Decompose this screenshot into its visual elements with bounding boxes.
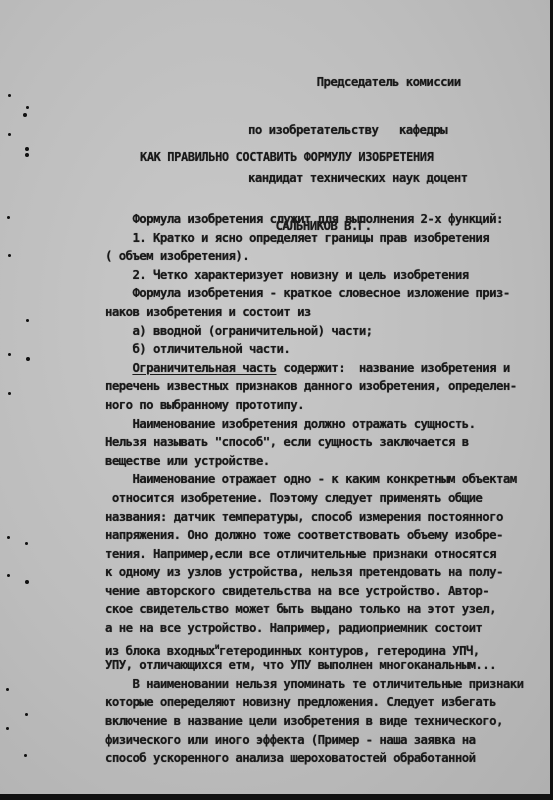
margin-mark bbox=[7, 536, 10, 539]
body-line: Ограничительная часть содержит: название… bbox=[105, 359, 523, 378]
margin-mark bbox=[8, 133, 11, 136]
margin-mark bbox=[8, 392, 11, 395]
body-line: из блока входныхигетеродинных контуров, … bbox=[105, 638, 523, 657]
body-line: В наименовании нельзя упоминать те отлич… bbox=[105, 675, 523, 694]
margin-mark bbox=[26, 319, 29, 322]
scanned-page: Председатель комиссии по изобретательств… bbox=[0, 0, 550, 794]
margin-mark bbox=[25, 542, 28, 545]
margin-mark bbox=[25, 147, 29, 151]
body-line: Формула изобретения служит для выполнени… bbox=[105, 210, 523, 229]
body-line: названия: датчик температуры, способ изм… bbox=[105, 508, 523, 527]
underlined-term: Ограничительная часть bbox=[132, 360, 276, 375]
margin-mark bbox=[25, 580, 29, 584]
body-line: включение в название цели изобретения в … bbox=[105, 712, 523, 731]
body-line: а) вводной (ограничительной) части; bbox=[105, 322, 523, 341]
body-line: УПУ, отличающихся етм, что УПУ выполнен … bbox=[105, 656, 523, 675]
document-body: Формула изобретения служит для выполнени… bbox=[105, 210, 523, 768]
body-line: перечень известных признаков данного изо… bbox=[105, 377, 523, 396]
body-line: которые опеределяют новизну предложения.… bbox=[105, 693, 523, 712]
header-line: кандидат технических наук доцент bbox=[248, 168, 468, 188]
body-line: Наименование изобретения должно отражать… bbox=[105, 415, 523, 434]
margin-mark bbox=[26, 357, 30, 361]
body-line: 2. Четко характеризует новизну и цель из… bbox=[105, 266, 523, 285]
body-line: тения. Например,если все отличительные п… bbox=[105, 545, 523, 564]
body-line: 1. Кратко и ясно определяет границы прав… bbox=[105, 229, 523, 248]
document-title: КАК ПРАВИЛЬНО СОСТАВИТЬ ФОРМУЛУ ИЗОБРЕТЕ… bbox=[140, 150, 433, 164]
margin-mark bbox=[8, 94, 11, 97]
margin-mark bbox=[7, 574, 10, 577]
header-line: по изобретательству кафедры bbox=[248, 120, 468, 140]
margin-mark bbox=[8, 353, 11, 356]
body-line: напряжения. Оно должно тоже соответствов… bbox=[105, 526, 523, 545]
margin-mark bbox=[25, 713, 28, 716]
body-line: веществе или устройстве. bbox=[105, 452, 523, 471]
body-line: к одному из узлов устройства, нельзя пре… bbox=[105, 563, 523, 582]
margin-mark bbox=[7, 216, 10, 219]
body-line: Формула изобретения - краткое словесное … bbox=[105, 284, 523, 303]
margin-mark bbox=[8, 254, 11, 257]
body-line: относится изобретение. Поэтому следует п… bbox=[105, 489, 523, 508]
header-line: Председатель комиссии bbox=[248, 72, 468, 92]
body-line: физического или иного эффекта (Пример - … bbox=[105, 731, 523, 750]
body-line: ного по выбранному прототипу. bbox=[105, 396, 523, 415]
body-line: наков изобретения и состоит из bbox=[105, 303, 523, 322]
line-text: содержит: название изобретения и bbox=[277, 360, 510, 375]
body-line: Нельзя называть "способ", если сущность … bbox=[105, 433, 523, 452]
margin-mark bbox=[6, 727, 9, 730]
body-line: чение авторского свидетельства на все ус… bbox=[105, 582, 523, 601]
body-line: способ ускоренного анализа шероховатосте… bbox=[105, 749, 523, 768]
margin-mark bbox=[26, 106, 29, 109]
body-line: б) отличительной части. bbox=[105, 340, 523, 359]
margin-mark bbox=[25, 153, 29, 157]
scan-edge-bottom bbox=[0, 794, 553, 800]
margin-mark bbox=[6, 688, 9, 691]
margin-mark bbox=[24, 754, 27, 757]
body-line: а не на все устройство. Например, радиоп… bbox=[105, 619, 523, 638]
body-line: Наименование отражает одно - к каким кон… bbox=[105, 470, 523, 489]
body-line: ское свидетельство может быть выдано тол… bbox=[105, 600, 523, 619]
margin-mark bbox=[23, 113, 27, 117]
body-line: ( объем изобретения). bbox=[105, 247, 523, 266]
